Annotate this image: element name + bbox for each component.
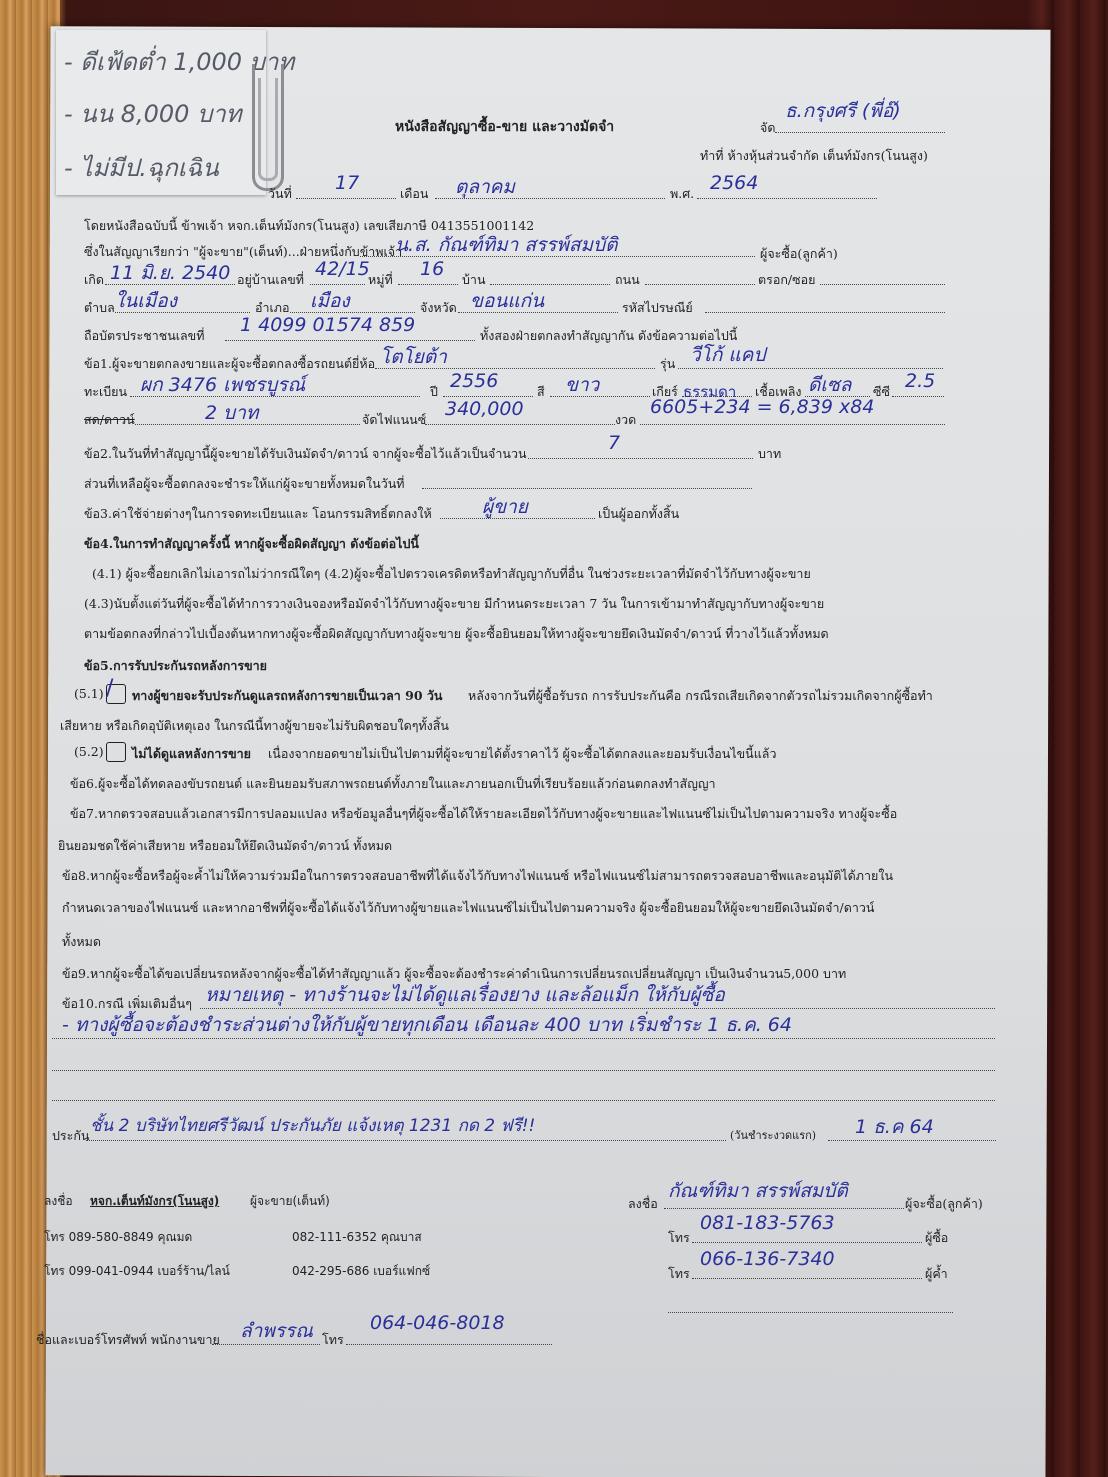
clause-5-1-text: หลังจากวันที่ผู้ซื้อรับรถ การรับประกันคื… — [468, 686, 933, 706]
brand-value[interactable]: โตโยต้า — [380, 342, 447, 372]
clause-2b: ส่วนที่เหลือผู้จะซื้อตกลงจะชำระให้แก่ผู้… — [84, 474, 405, 494]
color-label: สี — [537, 382, 545, 402]
clause-4-1: (4.1) ผู้จะซื้อยกเลิกไม่เอารถไม่ว่ากรณีใ… — [92, 564, 811, 584]
seller-name: หจก.เต็นท์มังกร(โนนสูง) — [90, 1192, 219, 1211]
clause-8b: กำหนดเวลาของไฟแนนซ์ และหากอาชีพที่ผู้จะซ… — [62, 898, 874, 918]
buyer-sign-label: ลงชื่อ — [628, 1194, 658, 1214]
house-no-line — [310, 284, 365, 285]
model-value[interactable]: วีโก้ แคป — [690, 340, 765, 370]
salesperson-phone-line — [346, 1344, 552, 1345]
plate-value[interactable]: ผก 3476 เพชรบูรณ์ — [140, 370, 305, 400]
born-label: เกิด — [84, 270, 104, 290]
buyer-role: ผู้จะซื้อ(ลูกค้า) — [905, 1194, 983, 1214]
clause-6: ข้อ6.ผู้จะซื้อได้ทดลองขับรถยนต์ และยินยอ… — [70, 774, 716, 794]
vehicle-year-label: ปี — [430, 382, 438, 402]
insurance-line — [86, 1140, 726, 1141]
installment-line — [640, 424, 945, 425]
insurance-value[interactable]: ชั้น 2 บริษัทไทยศรีวัฒน์ ประกันภัย แจ้งเ… — [90, 1112, 535, 1139]
id-line — [225, 340, 475, 341]
clause-10-note-1[interactable]: หมายเหตุ - ทางร้านจะไม่ได้ดูแลเรื่องยาง … — [205, 980, 725, 1010]
month-label: เดือน — [400, 184, 428, 204]
buyer-phone-line — [692, 1242, 922, 1243]
note-line: - ไม่มีป.ฉุกเฉิน — [64, 148, 219, 187]
buyer-label: ผู้จะซื้อ(ลูกค้า) — [760, 244, 838, 264]
down-label: สด/ดาวน์ — [84, 410, 135, 430]
clause-8a: ข้อ8.หากผู้จะซื้อหรือผู้จะค้ำไม่ให้ความร… — [62, 866, 893, 886]
clause-5-2-bold: ไม่ได้ดูแลหลังการขาย — [132, 744, 251, 764]
guarantor-phone-line — [692, 1278, 922, 1279]
salesperson-phone[interactable]: 064-046-8018 — [370, 1312, 505, 1334]
clause-5-1-bold: ทางผู้ขายจะรับประกันดูแลรถหลังการขายเป็น… — [132, 686, 442, 706]
buyer-sign-line — [664, 1208, 904, 1209]
clause-3a: ข้อ3.ค่าใช้จ่ายต่างๆในการจดทะเบียนและ โอ… — [84, 504, 432, 524]
subdistrict-label: ตำบล — [84, 298, 115, 318]
postcode-label: รหัสไปรษณีย์ — [622, 298, 693, 318]
salesperson-label: ชื่อและเบอร์โทรศัพท์ พนักงานขาย — [36, 1330, 220, 1350]
buyer-signature[interactable]: กัณฑ์ทิมา สรรพ์สมบัติ — [668, 1176, 848, 1206]
plate-label: ทะเบียน — [84, 382, 127, 402]
buyer-name-value[interactable]: น.ส. กัณฑ์ทิมา สรรพ์สมบัติ — [395, 230, 617, 260]
clause-10-line-4 — [52, 1100, 995, 1101]
year-label: พ.ศ. — [670, 184, 694, 204]
clause-5-1-prefix: (5.1) — [74, 686, 104, 701]
day-label: วันที่ — [268, 184, 292, 204]
deposit-line — [528, 458, 753, 459]
moo-label: หมู่ที่ — [368, 270, 393, 290]
extra-sign-line — [668, 1312, 953, 1313]
clause-7b: ยินยอมชดใช้ค่าเสียหาย หรือยอมให้ยึดเงินม… — [58, 836, 392, 856]
note-line: - นน 8,000 บาท — [64, 94, 242, 133]
day-value[interactable]: 17 — [335, 172, 359, 194]
buyer-phone-role: ผู้ซื้อ — [925, 1228, 948, 1248]
village-line — [490, 284, 610, 285]
day-line — [296, 198, 396, 199]
subdistrict-value[interactable]: ในเมือง — [115, 286, 177, 316]
buyer-phone-value[interactable]: 081-183-5763 — [700, 1212, 835, 1234]
district-line — [290, 312, 415, 313]
finance-label: จัดไฟแนนซ์ — [362, 410, 426, 430]
clause-10-line-3 — [52, 1070, 995, 1071]
checkmark-icon: / — [106, 676, 113, 701]
model-label: รุ่น — [660, 354, 675, 374]
clause-4-3: (4.3)นับตั้งแต่วันที่ผู้จะซื้อได้ทำการวา… — [84, 594, 824, 614]
id-value[interactable]: 1 4099 01574 859 — [240, 314, 415, 336]
no-warranty-checkbox[interactable] — [106, 742, 126, 762]
born-value[interactable]: 11 มิ.ย. 2540 — [110, 258, 230, 288]
finance-line — [425, 424, 615, 425]
finance-value[interactable]: 340,000 — [445, 398, 524, 420]
year-value[interactable]: 2564 — [710, 172, 758, 194]
seller-phone-1: โทร 089-580-8849 คุณมด — [44, 1228, 192, 1247]
installment-value[interactable]: 6605+234 = 6,839 x84 — [650, 396, 874, 418]
clause-3b: เป็นผู้ออกทั้งสิ้น — [598, 504, 679, 524]
insurance-label: ประกัน — [52, 1126, 89, 1146]
deposit-value[interactable]: 7 — [608, 432, 620, 454]
vehicle-year-value[interactable]: 2556 — [450, 370, 498, 392]
jat-label: จัด — [760, 118, 775, 138]
house-no-label: อยู่บ้านเลขที่ — [237, 270, 304, 290]
remaining-date-line — [422, 488, 752, 489]
district-value[interactable]: เมือง — [310, 286, 350, 316]
soi-label: ตรอก/ซอย — [758, 270, 815, 290]
document-title: หนังสือสัญญาซื้อ-ขาย และวางมัดจำ — [395, 116, 614, 138]
installment-label: งวด — [615, 410, 636, 430]
moo-value[interactable]: 16 — [420, 258, 444, 280]
clause-5-2-text: เนื่องจากยอดขายไม่เป็นไปตามที่ผู้จะขายได… — [268, 744, 776, 764]
clause-5-2-prefix: (5.2) — [74, 744, 104, 759]
fee-payer-value[interactable]: ผู้ขาย — [482, 492, 528, 522]
province-value[interactable]: ขอนแก่น — [470, 286, 544, 316]
down-value[interactable]: 2 บาท — [205, 398, 258, 428]
seller-role: ผู้จะขาย(เต็นท์) — [250, 1192, 330, 1211]
clause-8c: ทั้งหมด — [62, 932, 101, 952]
province-label: จังหวัด — [420, 298, 457, 318]
salesperson-phone-label: โทร — [322, 1330, 344, 1350]
cc-label: ซีซี — [873, 382, 890, 402]
soi-line — [820, 284, 945, 285]
vehicle-year-line — [443, 396, 533, 397]
guarantor-phone-value[interactable]: 066-136-7340 — [700, 1248, 835, 1270]
color-value[interactable]: ขาว — [565, 370, 599, 400]
guarantor-phone-label: โทร — [668, 1264, 690, 1284]
clause-5-1b: เสียหาย หรือเกิดอุบัติเหตุเอง ในกรณีนี้ท… — [60, 716, 449, 736]
salesperson-name[interactable]: ลำพรรณ — [240, 1316, 313, 1346]
clause-5: ข้อ5.การรับประกันรถหลังการขาย — [84, 656, 267, 676]
buyer-phone-label: โทร — [668, 1228, 690, 1248]
guarantor-phone-role: ผู้ค้ำ — [925, 1264, 948, 1284]
seller-phone-2: 082-111-6352 คุณบาส — [292, 1228, 422, 1247]
road-label: ถนน — [615, 270, 640, 290]
sticky-note: - ดีเฟ้ดต่ำ 1,000 บาท - นน 8,000 บาท - ไ… — [56, 30, 266, 195]
deposit-unit: บาท — [758, 444, 781, 464]
house-no-value[interactable]: 42/15 — [315, 258, 370, 280]
clause-4-tail: ตามข้อตกลงที่กล่าวไปเบื้องต้นหากทางผู้จะ… — [84, 624, 829, 644]
made-at: ทำที่ ห้างหุ้นส่วนจำกัด เต็นท์มังกร(โนนส… — [700, 146, 928, 166]
jat-value[interactable]: ธ.กรุงศรี (พี่อ๊) — [785, 96, 901, 126]
jat-line — [775, 132, 945, 133]
paper-clip-inner-icon — [258, 78, 278, 181]
clause-7a: ข้อ7.หากตรวจสอบแล้วเอกสารมีการปลอมแปลง ห… — [70, 804, 897, 824]
first-payment-label: (วันชำระงวดแรก) — [730, 1126, 816, 1144]
first-payment-value[interactable]: 1 ธ.ค 64 — [855, 1112, 934, 1142]
seller-sign-label: ลงชื่อ — [44, 1192, 73, 1211]
cc-line — [892, 396, 944, 397]
clause-4: ข้อ4.ในการทำสัญญาครั้งนี้ หากผู้จะซื้อผิ… — [84, 534, 419, 554]
cc-value[interactable]: 2.5 — [905, 370, 935, 392]
clause-2a: ข้อ2.ในวันที่ทำสัญญานี้ผู้จะขายได้รับเงิ… — [84, 444, 527, 464]
year-line — [697, 198, 877, 199]
clause-10-note-2[interactable]: - ทางผู้ซื้อจะต้องชำระส่วนต่างให้กับผู้ข… — [62, 1010, 792, 1040]
id-label: ถือบัตรประชาชนเลขที่ — [84, 326, 204, 346]
seller-phone-4: 042-295-686 เบอร์แฟกซ์ — [292, 1262, 430, 1281]
moo-line — [398, 284, 458, 285]
road-line — [645, 284, 755, 285]
seller-phone-3: โทร 099-041-0944 เบอร์ร้าน/ไลน์ — [44, 1262, 230, 1281]
postcode-line — [705, 312, 945, 313]
month-value[interactable]: ตุลาคม — [455, 172, 515, 202]
